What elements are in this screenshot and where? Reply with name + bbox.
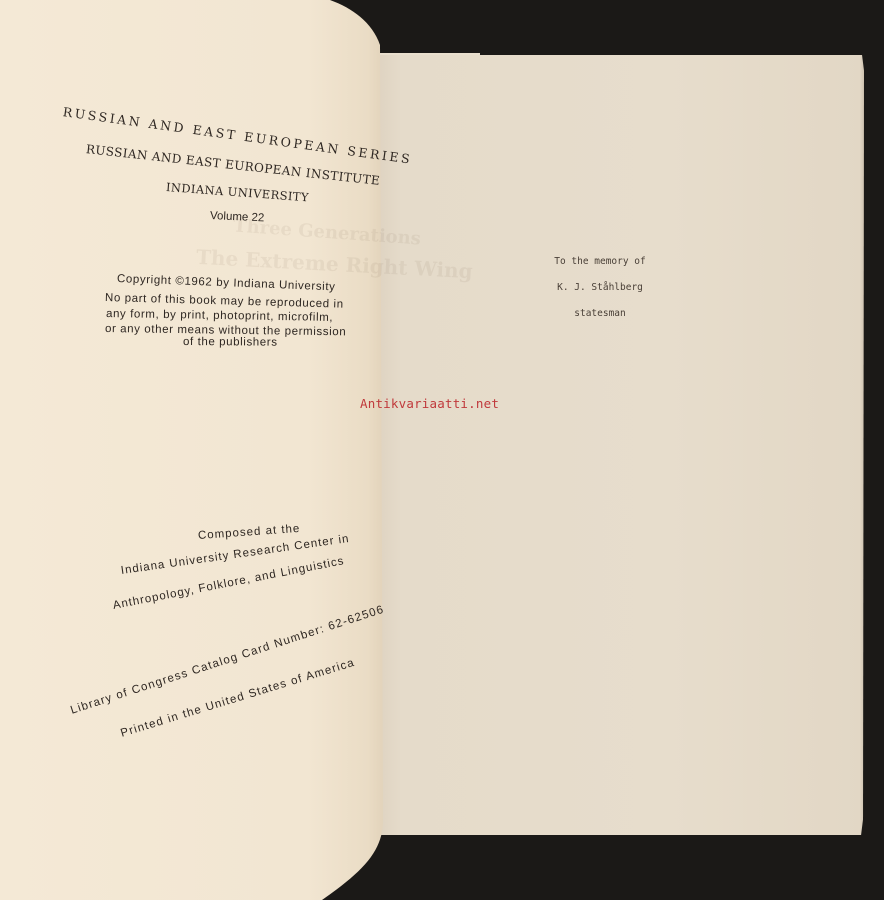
copyright-notice-line: of the publishers [183, 336, 278, 349]
right-page [372, 55, 864, 835]
left-page: Three Generations The Extreme Right Wing… [0, 0, 390, 900]
dedication-name: K. J. Ståhlberg [520, 278, 680, 304]
dedication: To the memory of K. J. Ståhlberg statesm… [520, 252, 680, 330]
volume-number: Volume 22 [210, 210, 265, 224]
book-photo: To the memory of K. J. Ståhlberg statesm… [0, 0, 884, 900]
dedication-line-1: To the memory of [520, 252, 680, 278]
dedication-title: statesman [520, 304, 680, 330]
watermark: Antikvariaatti.net [360, 396, 499, 411]
